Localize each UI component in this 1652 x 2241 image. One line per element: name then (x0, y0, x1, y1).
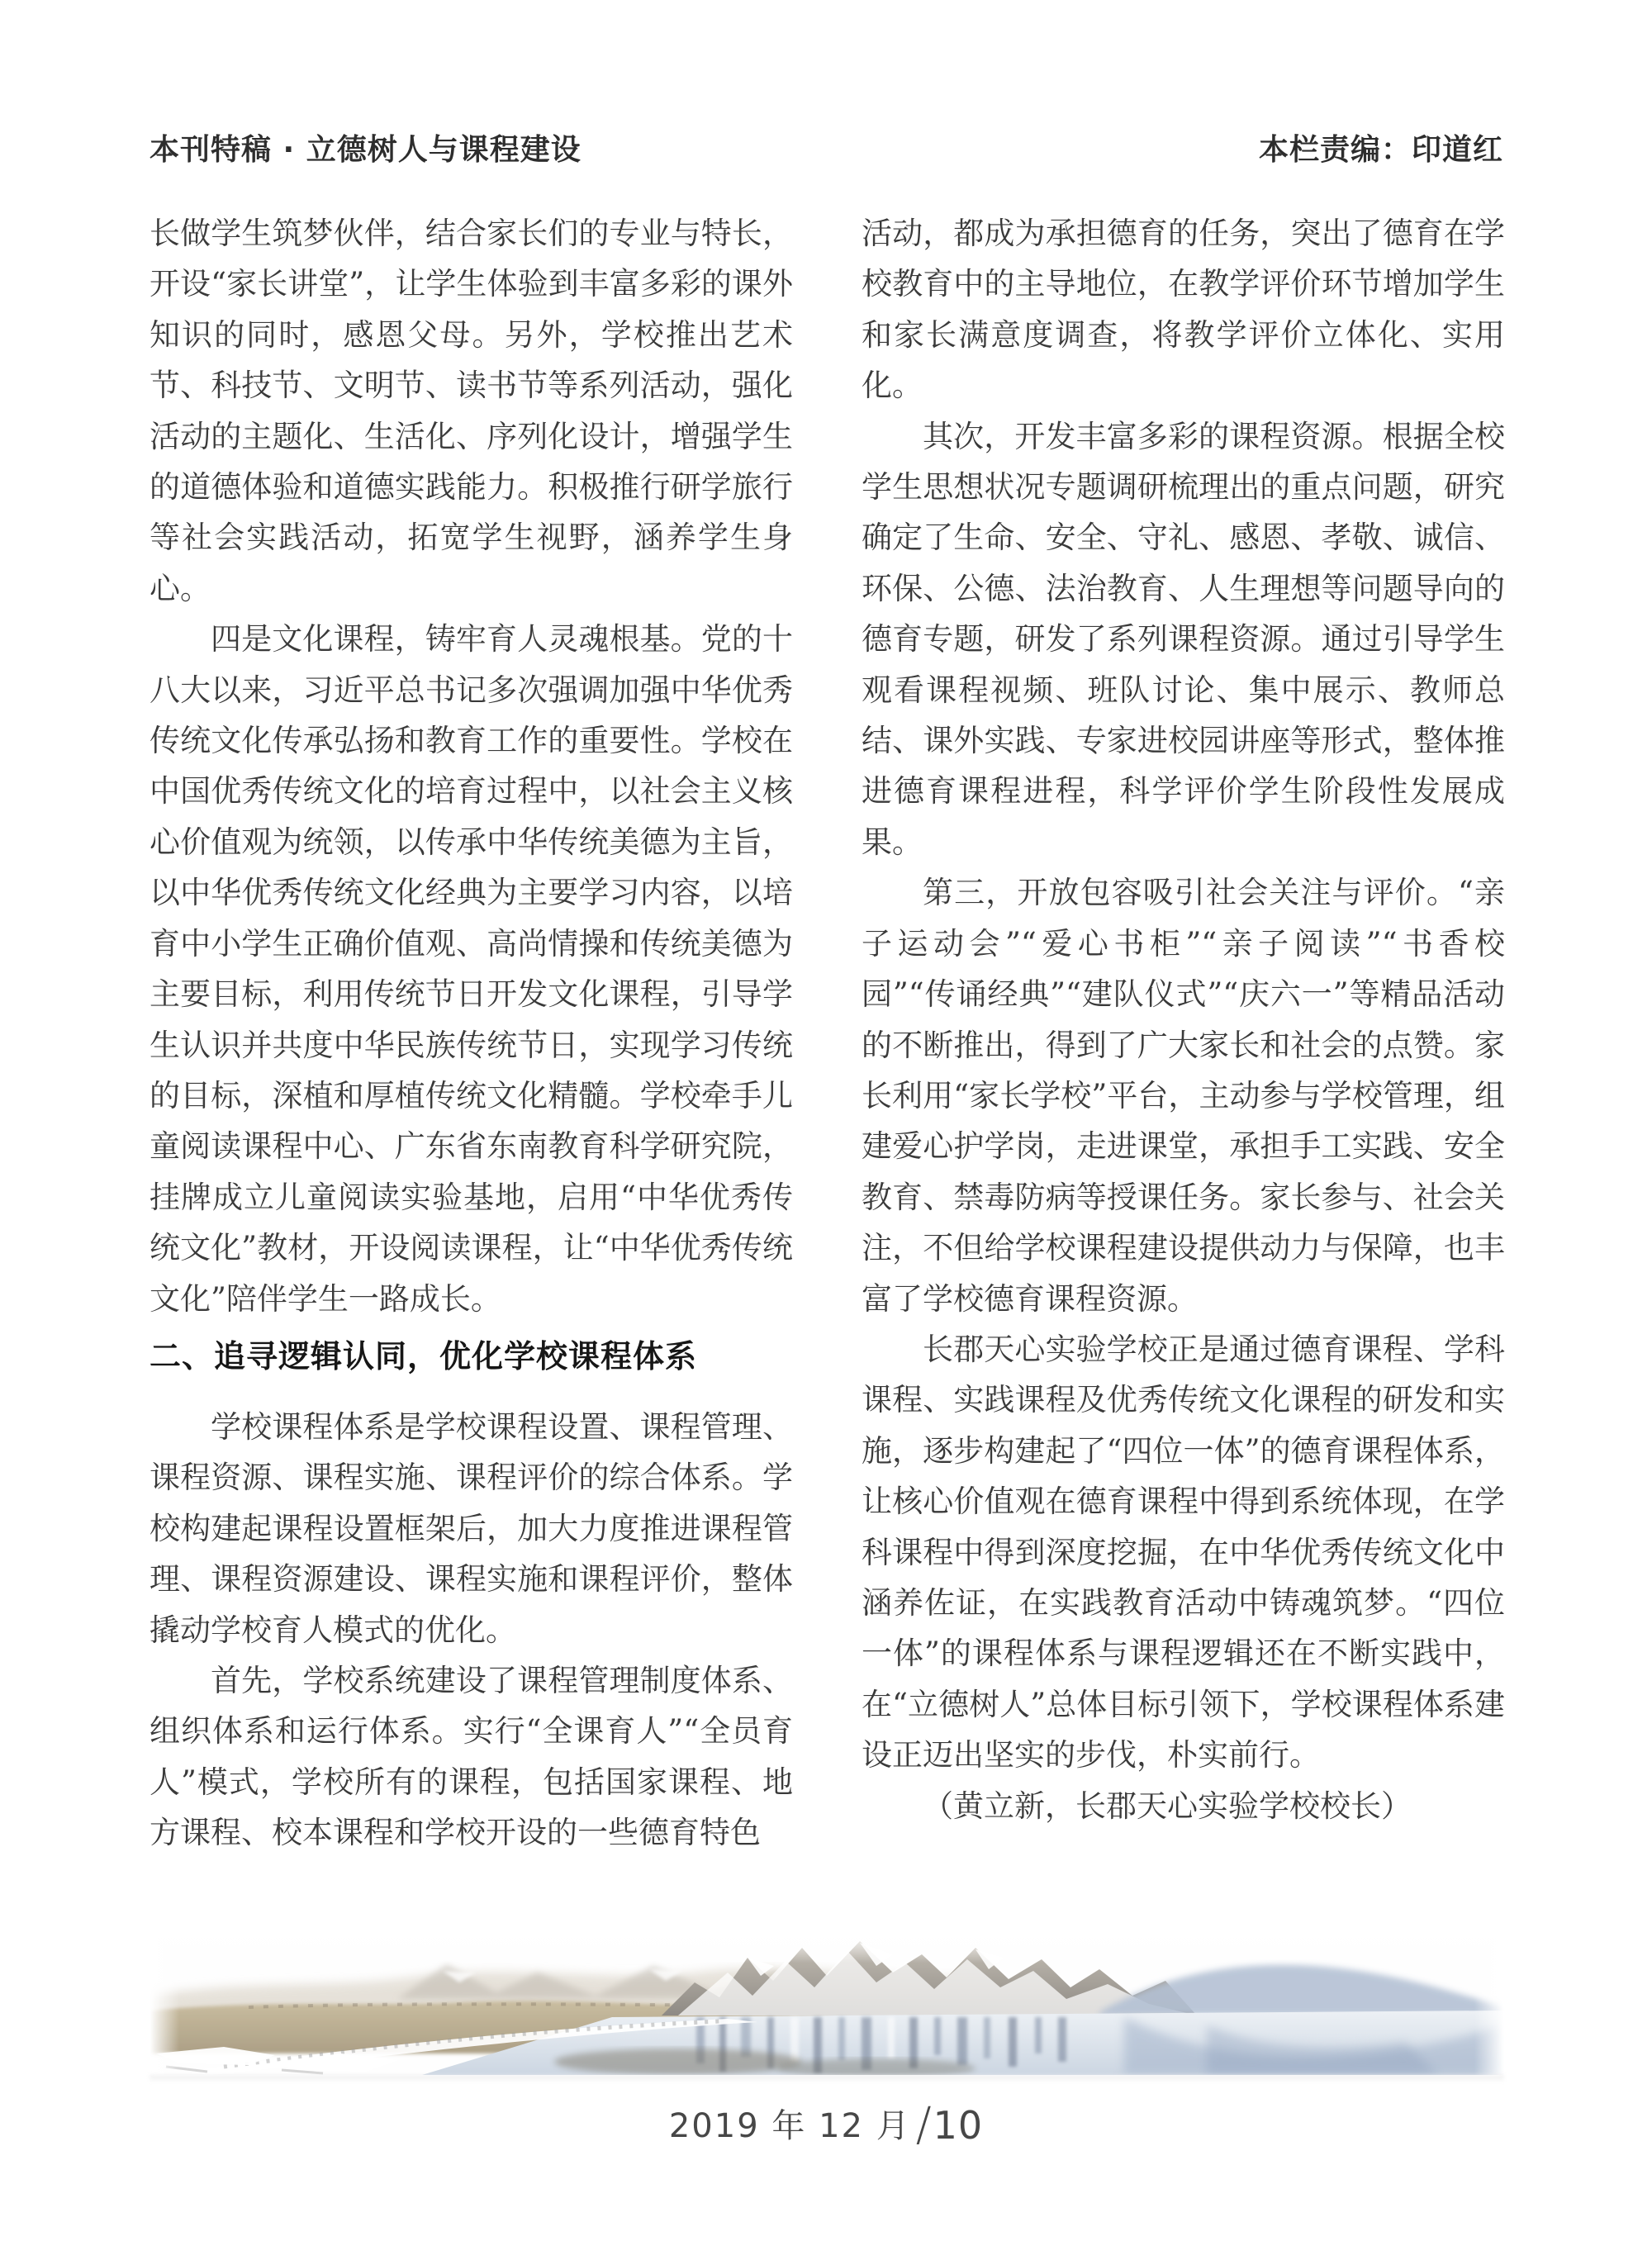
column-editor-label: 本栏责编：印道红 (1259, 132, 1503, 169)
landscape-illustration (150, 1930, 1504, 2075)
issue-date: 2019 年 12 月 (669, 2107, 911, 2145)
body-paragraph: 第三，开放包容吸引社会关注与评价。“亲子运动会”“爱心书柜”“亲子阅读”“书香校… (862, 867, 1505, 1324)
body-paragraph: 其次，开发丰富多彩的课程资源。根据全校学生思想状况专题调研梳理出的重点问题，研究… (862, 411, 1505, 868)
column-topic-label: 本刊特稿 · 立德树人与课程建设 (150, 132, 582, 169)
body-paragraph: 长郡天心实验学校正是通过德育课程、学科课程、实践课程及优秀传统文化课程的研发和实… (862, 1324, 1505, 1781)
body-paragraph: 学校课程体系是学校课程设置、课程管理、课程资源、课程实施、课程评价的综合体系。学… (150, 1402, 793, 1655)
text-column-left: 长做学生筑梦伙伴，结合家长们的专业与特长，开设“家长讲堂”，让学生体验到丰富多彩… (150, 208, 793, 1859)
body-paragraph: （黄立新，长郡天心实验学校校长） (862, 1781, 1505, 1831)
page-number: 2019 年 12 月/10 (0, 2098, 1652, 2152)
magazine-page: 本刊特稿 · 立德树人与课程建设 本栏责编：印道红 长做学生筑梦伙伴，结合家长们… (0, 0, 1652, 2241)
page-number-separator: / (916, 2098, 932, 2152)
body-paragraph: 首先，学校系统建设了课程管理制度体系、组织体系和运行体系。实行“全课育人”“全员… (150, 1655, 793, 1859)
body-paragraph: 四是文化课程，铸牢育人灵魂根基。党的十八大以来，习近平总书记多次强调加强中华优秀… (150, 614, 793, 1324)
footer-landscape-image (150, 1930, 1504, 2075)
body-paragraph: 长做学生筑梦伙伴，结合家长们的专业与特长，开设“家长讲堂”，让学生体验到丰富多彩… (150, 208, 793, 614)
running-head: 本刊特稿 · 立德树人与课程建设 本栏责编：印道红 (150, 132, 1503, 169)
body-paragraph: 活动，都成为承担德育的任务，突出了德育在学校教育中的主导地位，在教学评价环节增加… (862, 208, 1505, 411)
footer-image-shadow (150, 2075, 1504, 2082)
page-number-value: 10 (933, 2103, 984, 2148)
text-column-right: 活动，都成为承担德育的任务，突出了德育在学校教育中的主导地位，在教学评价环节增加… (862, 208, 1505, 1831)
section-heading: 二、追寻逻辑认同，优化学校课程体系 (150, 1332, 793, 1380)
